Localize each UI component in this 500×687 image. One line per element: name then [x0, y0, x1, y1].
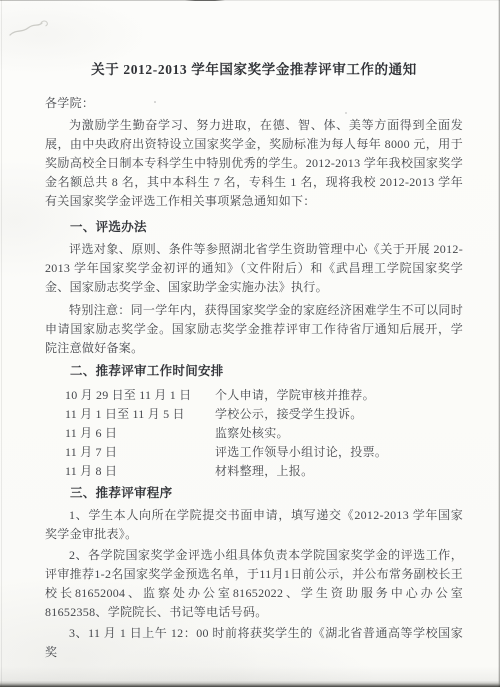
scan-edge-left — [1, 0, 2, 687]
schedule-task: 材料整理，上报。 — [215, 462, 463, 481]
schedule-date: 11 月 1 日至 11 月 5 日 — [45, 405, 215, 424]
salutation: 各学院： — [45, 94, 463, 113]
schedule-list: 10 月 29 日至 11 月 1 日 个人申请，学院审核并推荐。 11 月 1… — [45, 386, 463, 481]
schedule-task: 个人申请，学院审核并推荐。 — [215, 386, 463, 405]
section-1-heading: 一、评选办法 — [45, 217, 463, 237]
procedure-item-3: 3、11 月 1 日上午 12：00 时前将获奖学生的《湖北省普通高等学校国家奖 — [45, 624, 463, 662]
schedule-date: 11 月 8 日 — [45, 462, 215, 481]
intro-paragraph: 为激励学生勤奋学习、努力进取，在德、智、体、美等方面得到全面发展，由中央政府出资… — [45, 116, 463, 211]
schedule-task: 评选工作领导小组讨论，投票。 — [215, 443, 463, 462]
schedule-row: 11 月 1 日至 11 月 5 日 学校公示，接受学生投诉。 — [45, 405, 463, 424]
schedule-date: 10 月 29 日至 11 月 1 日 — [45, 386, 215, 405]
section-3-heading: 三、推荐评审程序 — [45, 483, 463, 503]
schedule-task: 监察处核实。 — [215, 424, 463, 443]
pencil-mark-icon — [8, 14, 56, 40]
schedule-date: 11 月 6 日 — [45, 424, 215, 443]
section-1-paragraph-1: 评选对象、原则、条件等参照湖北省学生资助管理中心《关于开展 2012-2013 … — [45, 240, 463, 297]
procedure-item-2: 2、各学院国家奖学金评选小组具体负责本学院国家奖学金的评选工作，评审推荐1-2名… — [45, 546, 463, 622]
schedule-date: 11 月 7 日 — [45, 443, 215, 462]
schedule-row: 10 月 29 日至 11 月 1 日 个人申请，学院审核并推荐。 — [45, 386, 463, 405]
schedule-row: 11 月 8 日 材料整理，上报。 — [45, 462, 463, 481]
procedure-item-1: 1、学生本人向所在学院提交书面申请，填写递交《2012-2013 学年国家奖学金… — [45, 506, 463, 544]
scan-bottom-shadow — [0, 666, 500, 682]
schedule-row: 11 月 7 日 评选工作领导小组讨论，投票。 — [45, 443, 463, 462]
scan-edge-bottom — [0, 681, 500, 687]
section-2-heading: 二、推荐评审工作时间安排 — [45, 361, 463, 381]
schedule-row: 11 月 6 日 监察处核实。 — [45, 424, 463, 443]
scanned-notice-page: 关于 2012-2013 学年国家奖学金推荐评审工作的通知 各学院： 为激励学生… — [0, 0, 500, 687]
page-title: 关于 2012-2013 学年国家奖学金推荐评审工作的通知 — [45, 60, 463, 80]
notice-body: 关于 2012-2013 学年国家奖学金推荐评审工作的通知 各学院： 为激励学生… — [45, 60, 463, 662]
section-1-paragraph-2: 特别注意：同一学年内，获得国家奖学金的家庭经济困难学生不可以同时申请国家励志奖学… — [45, 301, 463, 358]
scan-edge-top — [0, 0, 500, 1]
schedule-task: 学校公示，接受学生投诉。 — [215, 405, 463, 424]
